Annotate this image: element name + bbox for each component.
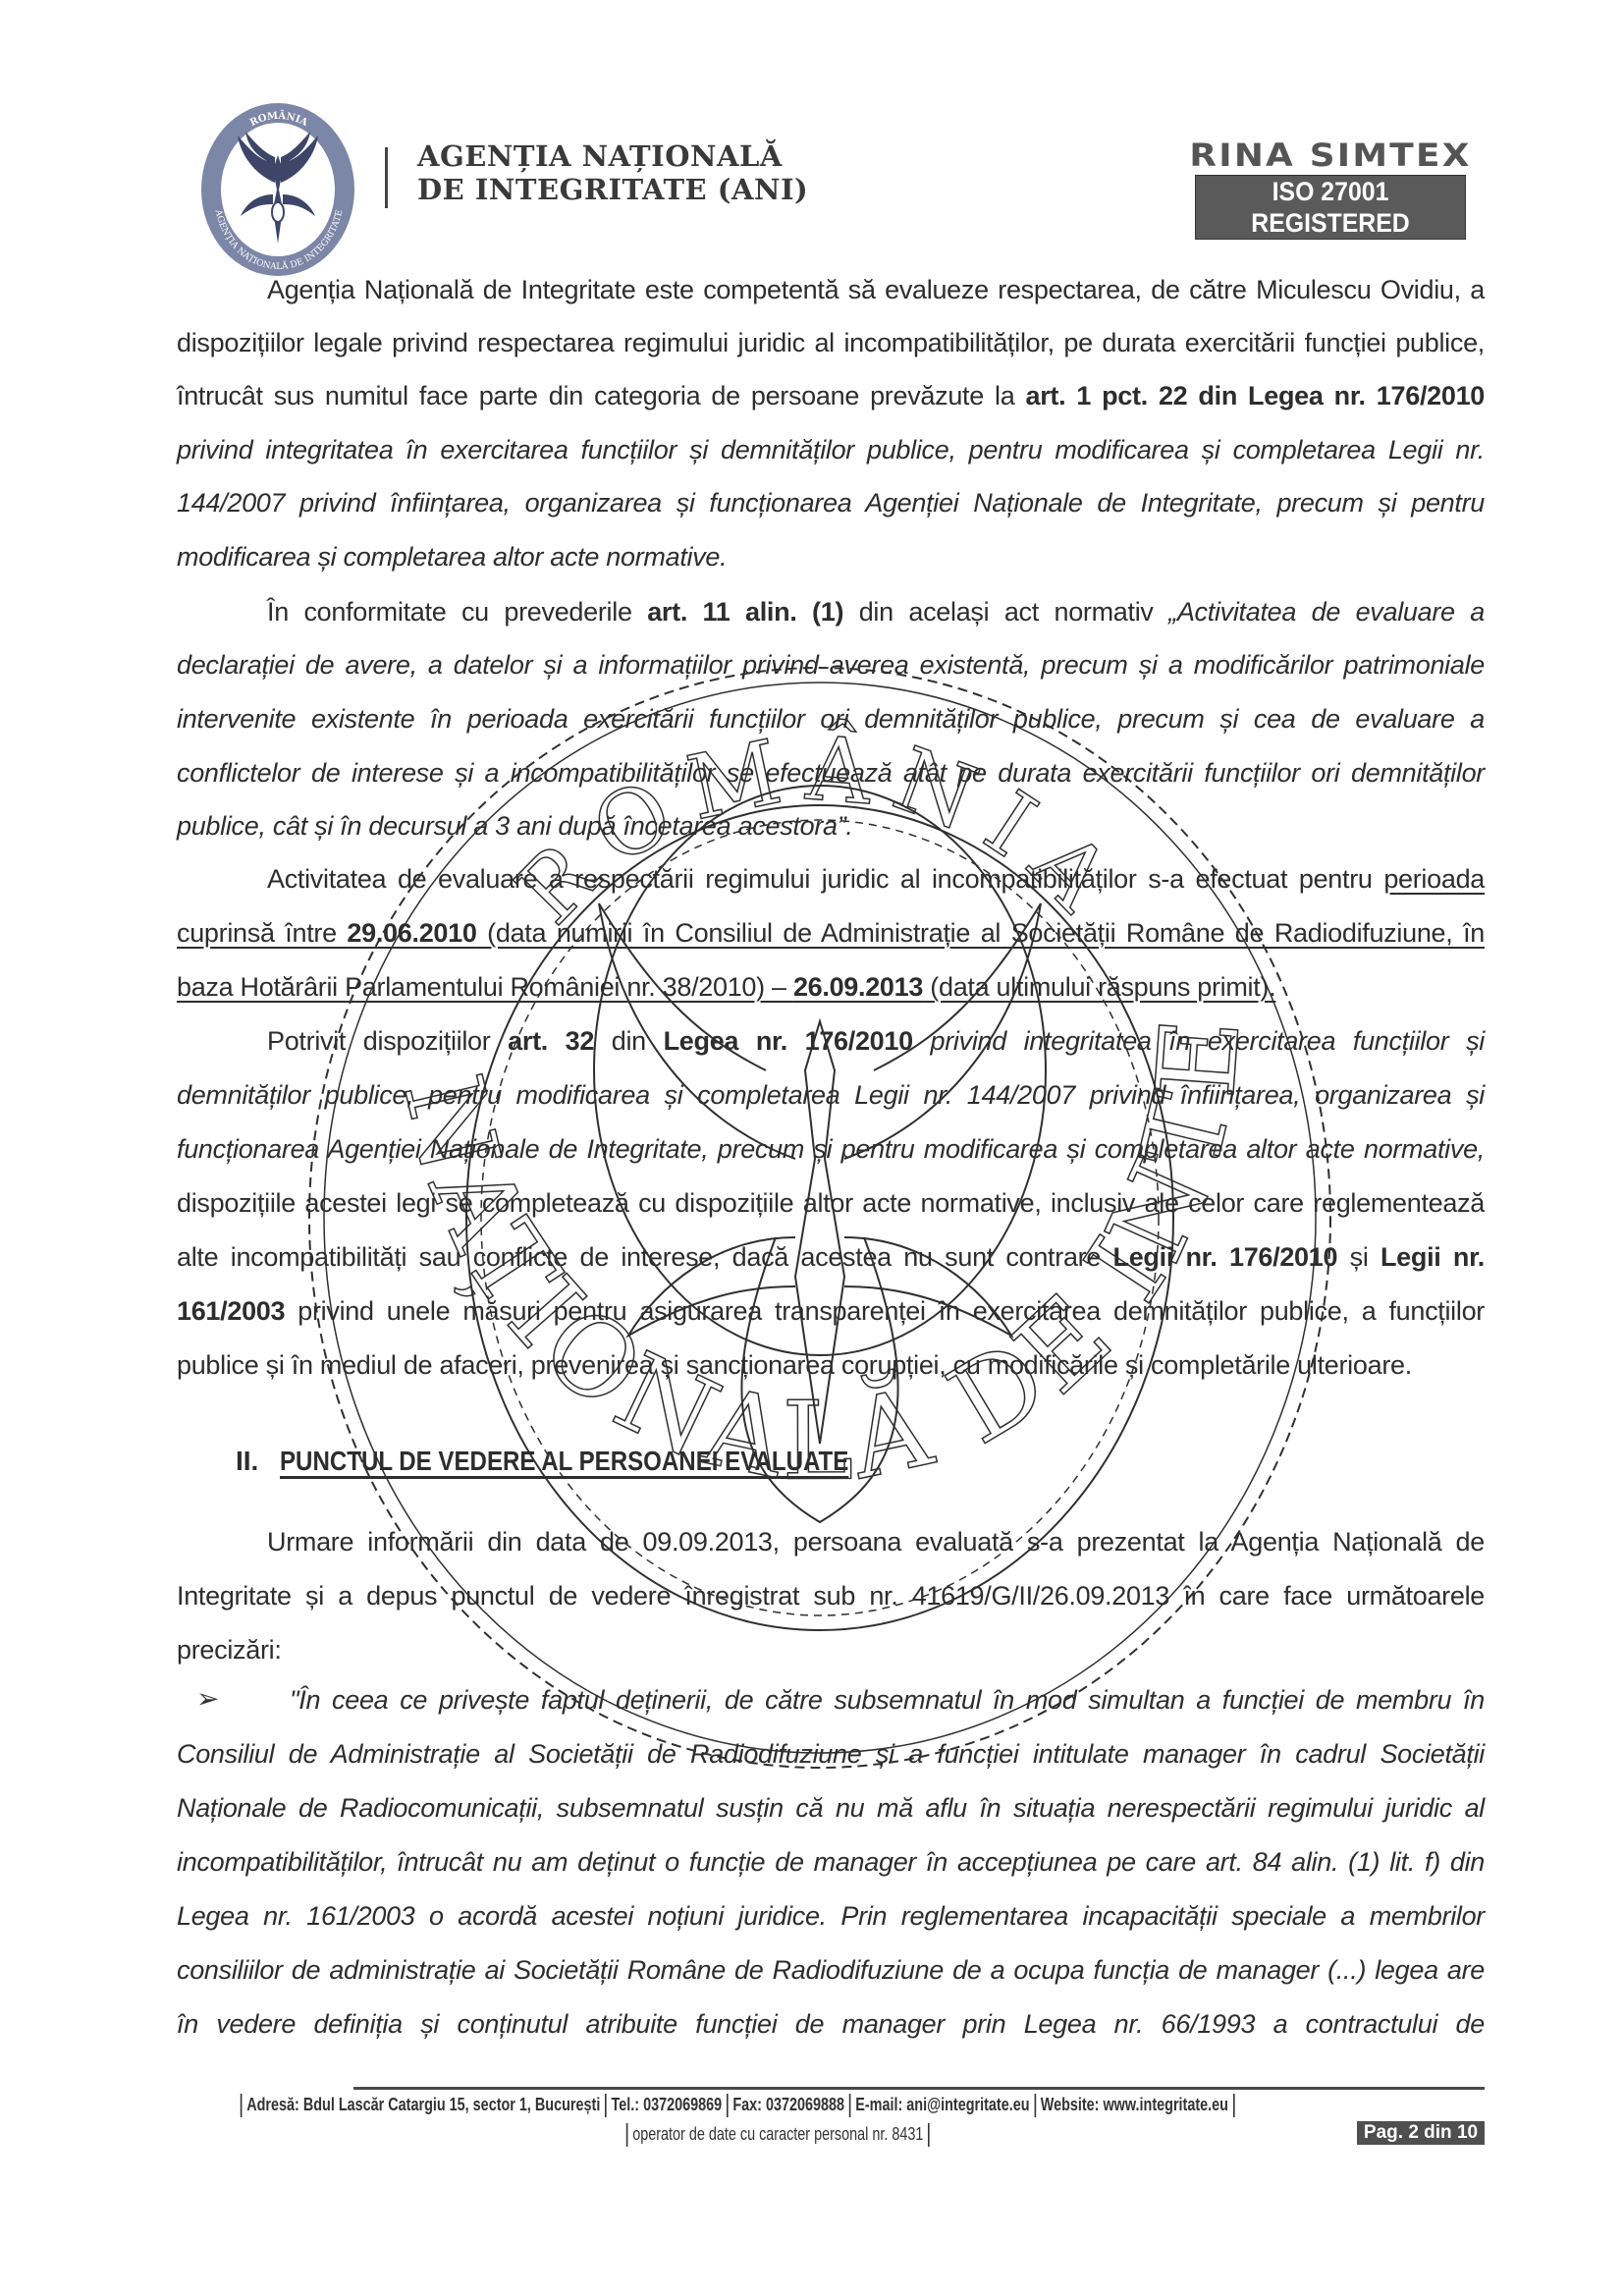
law-reference: 161/2003 — [177, 1296, 285, 1326]
period-end-date: 26.09.2013 — [793, 972, 923, 1002]
cert-standard: ISO 27001 REGISTERED — [1195, 175, 1466, 240]
agency-title-line1: AGENȚIA NAȚIONALĂ — [417, 139, 808, 173]
p1-text: întrucât sus numitul face parte din cate… — [177, 381, 1025, 410]
footer-rule — [353, 2087, 1485, 2090]
separator — [1233, 2094, 1235, 2117]
p2-text: În conformitate cu prevederile — [267, 597, 647, 627]
agency-title: AGENȚIA NAȚIONALĂ DE INTEGRITATE (ANI) — [417, 139, 808, 206]
footer-fax: Fax: 0372069888 — [732, 2095, 844, 2114]
header-divider — [385, 147, 388, 208]
p1-line: modificarea și completarea altor acte no… — [177, 542, 1485, 572]
p2-line: intervenite existente în perioada exerci… — [177, 704, 1485, 734]
p4-line: 161/2003 privind unele măsuri pentru asi… — [177, 1296, 1485, 1326]
p3-text: Activitatea de evaluare a respectării re… — [267, 864, 1383, 894]
quote-line: "În ceea ce privește faptul deținerii, d… — [290, 1685, 1485, 1715]
p3-text: baza Hotărârii Parlamentului României nr… — [177, 972, 793, 1002]
p2-quote: „Activitatea de evaluare a — [1168, 597, 1485, 627]
p2-line: conflictelor de interese și a incompatib… — [177, 758, 1485, 788]
p3-text: (data numirii în Consiliul de Administra… — [477, 918, 1485, 948]
p3-line: baza Hotărârii Parlamentului României nr… — [177, 972, 1485, 1002]
p4-line: Potrivit dispozițiilor art. 32 din Legea… — [267, 1026, 1485, 1056]
quote-line: Consiliul de Administrație al Societății… — [177, 1739, 1485, 1769]
quote-line: consiliilor de administrație ai Societăț… — [177, 1955, 1485, 1985]
p2-text: din același act normativ — [843, 597, 1168, 627]
p4-text: privind unele măsuri pentru asigurarea t… — [285, 1296, 1485, 1326]
cert-issuer: RINA SIMTEX — [1165, 139, 1495, 171]
quote-line: în vedere definiția și conținutul atribu… — [177, 2009, 1485, 2039]
quote-line: Naționale de Radiocomunicații, subsemnat… — [177, 1793, 1485, 1823]
p4-text: privind integritatea în exercitarea func… — [913, 1026, 1485, 1056]
p5-line: Integritate și a depus punctul de vedere… — [177, 1581, 1485, 1611]
ani-logo: ROMÂNIA AGENȚIA NAȚIONALĂ DE INTEGRITATE — [196, 96, 358, 278]
certification-badge: RINA SIMTEX ISO 27001 REGISTERED — [1183, 139, 1478, 240]
separator — [849, 2094, 851, 2117]
arrowhead-bullet-icon: ➢ — [196, 1682, 219, 1715]
separator — [1034, 2094, 1036, 2117]
separator — [626, 2123, 628, 2147]
law-reference: Legii nr. — [1380, 1242, 1485, 1272]
law-reference: art. 1 pct. 22 din Legea nr. 176/2010 — [1025, 381, 1485, 410]
quote-line: incompatibilităților, întrucât nu am deț… — [177, 1847, 1485, 1877]
p3-text-underlined: perioada — [1383, 864, 1485, 894]
p2-line: În conformitate cu prevederile art. 11 a… — [267, 597, 1485, 627]
p3-line: cuprinsă între 29.06.2010 (data numirii … — [177, 918, 1485, 948]
footer-tel: Tel.: 0372069869 — [612, 2095, 723, 2114]
p1-line: dispozițiilor legale privind respectarea… — [177, 328, 1485, 357]
p4-line: demnităților publice, pentru modificarea… — [177, 1080, 1485, 1110]
p3-line: Activitatea de evaluare a respectării re… — [267, 864, 1485, 894]
footer-email[interactable]: E-mail: ani@integritate.eu — [855, 2095, 1029, 2114]
quote-line: Legea nr. 161/2003 o acordă acestei noți… — [177, 1901, 1485, 1931]
p1-line: 144/2007 privind înființarea, organizare… — [177, 488, 1485, 518]
footer-contact: Adresă: Bdul Lascăr Catargiu 15, sector … — [236, 2094, 1239, 2117]
separator — [605, 2094, 607, 2117]
p5-line: Urmare informării din data de 09.09.2013… — [267, 1527, 1485, 1557]
p4-text: Potrivit dispozițiilor — [267, 1026, 508, 1056]
agency-title-line2: DE INTEGRITATE (ANI) — [417, 173, 808, 206]
law-reference: Legii nr. 176/2010 — [1113, 1242, 1338, 1272]
footer-operator: operator de date cu caracter personal nr… — [622, 2123, 935, 2147]
p4-line: publice și în mediul de afaceri, preveni… — [177, 1350, 1485, 1380]
p4-line: dispozițiile acestei legi se completează… — [177, 1188, 1485, 1218]
article-reference: art. 11 alin. (1) — [647, 597, 843, 627]
separator — [241, 2094, 243, 2117]
p1-line: Agenția Națională de Integritate este co… — [267, 275, 1485, 304]
operator-registration: operator de date cu caracter personal nr… — [632, 2124, 923, 2144]
section-title: PUNCTUL DE VEDERE AL PERSOANEI EVALUATE — [280, 1446, 848, 1477]
p5-line: precizări: — [177, 1635, 1485, 1665]
separator — [727, 2094, 729, 2117]
period-start-date: 29.06.2010 — [347, 918, 476, 948]
p1-line: întrucât sus numitul face parte din cate… — [177, 381, 1485, 410]
footer-address: Adresă: Bdul Lascăr Catargiu 15, sector … — [246, 2095, 600, 2114]
page-number-badge: Pag. 2 din 10 — [1357, 2121, 1485, 2145]
section-number: II. — [236, 1446, 258, 1477]
footer-website[interactable]: Website: www.integritate.eu — [1041, 2095, 1228, 2114]
article-reference: art. 32 — [508, 1026, 594, 1056]
p2-line: publice, cât și în decursul a 3 ani după… — [177, 811, 1485, 841]
p3-text: (data ultimului răspuns primit). — [923, 972, 1275, 1002]
p4-text: și — [1337, 1242, 1380, 1272]
p4-line: funcționarea Agenției Naționale de Integ… — [177, 1134, 1485, 1164]
p4-line: alte incompatibilități sau conflicte de … — [177, 1242, 1485, 1272]
p4-text: din — [594, 1026, 664, 1056]
p3-text: cuprinsă între — [177, 918, 347, 948]
p1-line: privind integritatea în exercitarea func… — [177, 435, 1485, 465]
p4-text: alte incompatibilități sau conflicte de … — [177, 1242, 1113, 1272]
p2-line: declarației de avere, a datelor și a inf… — [177, 650, 1485, 680]
law-reference: Legea nr. 176/2010 — [664, 1026, 913, 1056]
separator — [928, 2123, 930, 2147]
